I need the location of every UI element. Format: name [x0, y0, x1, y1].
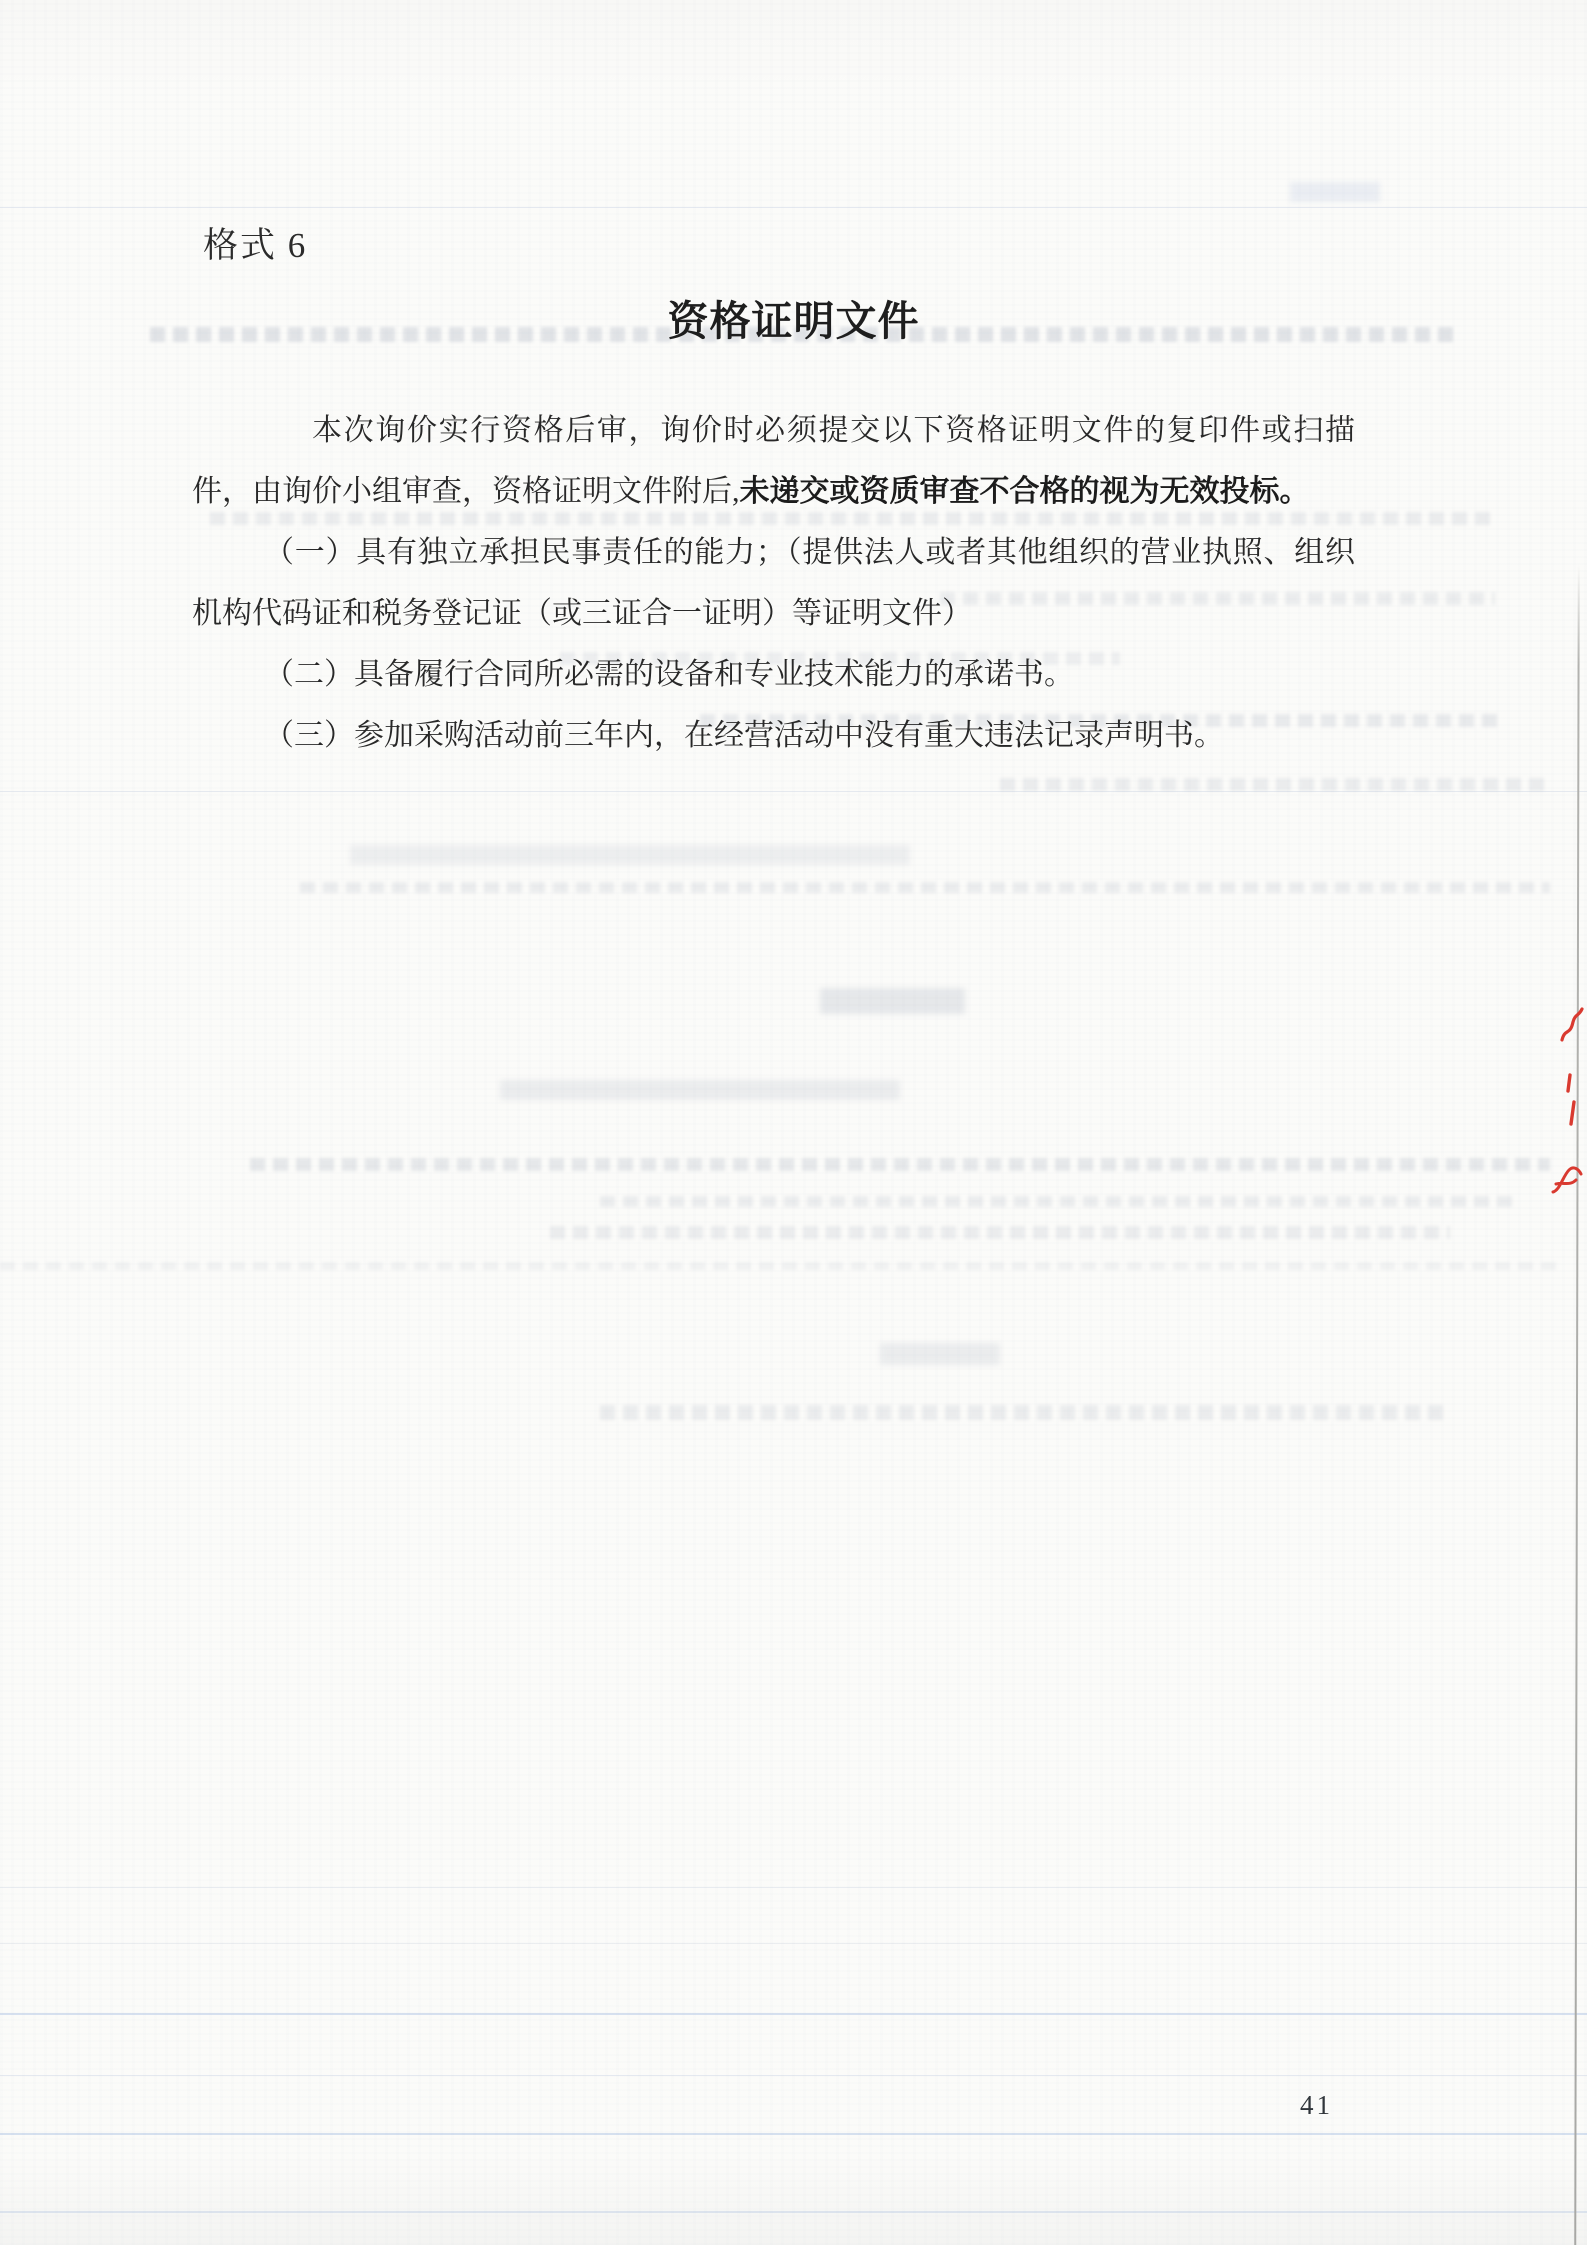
bleed-through-text — [1000, 778, 1550, 791]
scanner-streak — [0, 2211, 1587, 2213]
bleed-through-text — [600, 1405, 1450, 1420]
scanner-streak — [0, 2013, 1587, 2015]
scanner-streak — [0, 207, 1587, 208]
scanner-streak — [0, 2075, 1587, 2076]
format-label: 格式 6 — [203, 218, 307, 268]
bleed-through-text — [250, 1158, 1550, 1171]
bleed-through-text — [550, 1226, 1450, 1239]
page-edge-shadow — [1574, 565, 1580, 2245]
scanner-streak — [0, 1943, 1587, 1944]
bleed-through-text — [820, 988, 965, 1014]
bleed-through-text — [1290, 182, 1380, 202]
bleed-through-text — [500, 1080, 900, 1100]
red-ink-mark-2 — [1562, 1072, 1582, 1128]
document-title: 资格证明文件 — [0, 288, 1587, 347]
bleed-through-text — [350, 845, 910, 865]
intro-paragraph-bold: 未递交或资质审查不合格的视为无效投标。 — [740, 475, 1310, 508]
scanner-streak — [0, 1887, 1587, 1888]
list-item-2: （二）具备履行合同所必需的设备和专业技术能力的承诺书。 — [192, 644, 1355, 705]
intro-paragraph: 本次询价实行资格后审，询价时必须提交以下资格证明文件的复印件或扫描件，由询价小组… — [192, 400, 1355, 522]
bleed-through-text — [300, 882, 1550, 893]
page-number: 41 — [1300, 2090, 1333, 2121]
list-item-1: （一）具有独立承担民事责任的能力；（提供法人或者其他组织的营业执照、组织机构代码… — [192, 522, 1355, 644]
red-ink-mark-1 — [1558, 1006, 1586, 1044]
document-body: 本次询价实行资格后审，询价时必须提交以下资格证明文件的复印件或扫描件，由询价小组… — [192, 400, 1355, 766]
scanner-streak — [0, 2133, 1587, 2135]
scanned-document-page: 格式 6 资格证明文件 本次询价实行资格后审，询价时必须提交以下资格证明文件的复… — [0, 0, 1587, 2245]
red-ink-mark-3 — [1550, 1156, 1584, 1198]
bleed-through-text — [880, 1343, 1000, 1365]
scanner-streak — [0, 791, 1587, 792]
bleed-through-text — [600, 1196, 1520, 1207]
bleed-through-text — [0, 1262, 1560, 1270]
list-item-3: （三）参加采购活动前三年内，在经营活动中没有重大违法记录声明书。 — [192, 705, 1355, 766]
